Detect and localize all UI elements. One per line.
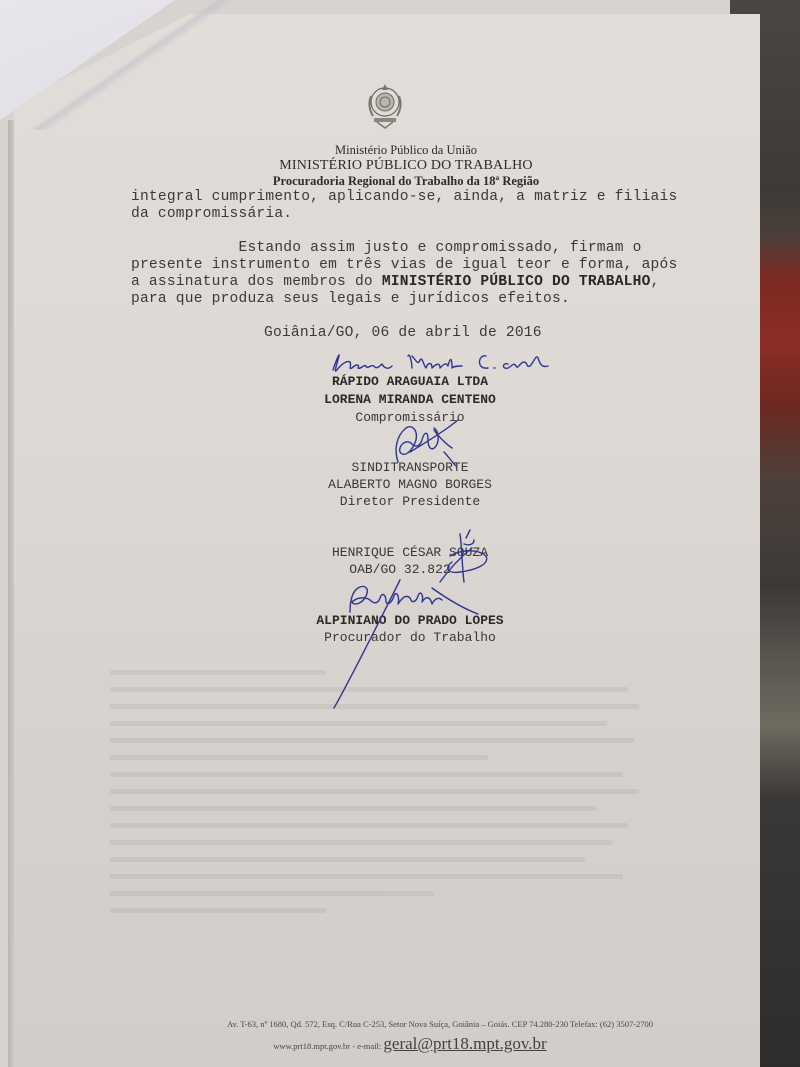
signatory-4-name: ALPINIANO DO PRADO LOPES — [0, 613, 800, 628]
signatory-1-entity: RÁPIDO ARAGUAIA LTDA — [0, 374, 800, 389]
footer-address: Av. T-63, nº 1680, Qd. 572, Esq. C/Rua C… — [0, 1019, 800, 1029]
body-text-segment: a assinatura dos membros do — [131, 274, 382, 290]
coat-of-arms-icon — [365, 82, 405, 130]
signatory-3-name: HENRIQUE CÉSAR SOUZA — [0, 545, 800, 560]
place-date: Goiânia/GO, 06 de abril de 2016 — [264, 325, 542, 341]
signature-lorena — [333, 355, 548, 371]
body-text-line: para que produza seus legais e jurídicos… — [131, 291, 570, 307]
footer-email[interactable]: geral@prt18.mpt.gov.br — [383, 1034, 546, 1053]
header-line-3: Procuradoria Regional do Trabalho da 18ª… — [6, 174, 800, 189]
body-text-line: Estando assim justo e compromissado, fir… — [131, 240, 642, 256]
body-text-segment: , — [651, 274, 660, 290]
footer-contact: www.prt18.mpt.gov.br - e-mail: geral@prt… — [0, 1034, 800, 1054]
show-through-text — [110, 670, 650, 960]
body-text-line: integral cumprimento, aplicando-se, aind… — [131, 189, 677, 205]
footer-website[interactable]: www.prt18.mpt.gov.br — [273, 1041, 350, 1051]
signatory-2-entity: SINDITRANSPORTE — [0, 460, 800, 475]
signatory-2-role: Diretor Presidente — [0, 494, 800, 509]
signatory-3-oab: OAB/GO 32.822 — [0, 562, 800, 577]
header-line-2: MINISTÉRIO PÚBLICO DO TRABALHO — [6, 158, 800, 174]
body-text-line: presente instrumento em três vias de igu… — [131, 257, 677, 273]
signatory-2-name: ALABERTO MAGNO BORGES — [0, 477, 800, 492]
body-text-line: da compromissária. — [131, 206, 292, 222]
signatory-4-role: Procurador do Trabalho — [0, 630, 800, 645]
signatory-1-role: Compromissário — [0, 410, 800, 425]
signatory-1-name: LORENA MIRANDA CENTENO — [0, 392, 800, 407]
document-content: Ministério Público da União MINISTÉRIO P… — [0, 0, 800, 1067]
body-text-line: a assinatura dos membros do MINISTÉRIO P… — [131, 274, 660, 290]
footer-email-label: - e-mail: — [352, 1041, 381, 1051]
header-line-1: Ministério Público da União — [6, 143, 800, 158]
body-text-emphasis: MINISTÉRIO PÚBLICO DO TRABALHO — [382, 274, 651, 290]
